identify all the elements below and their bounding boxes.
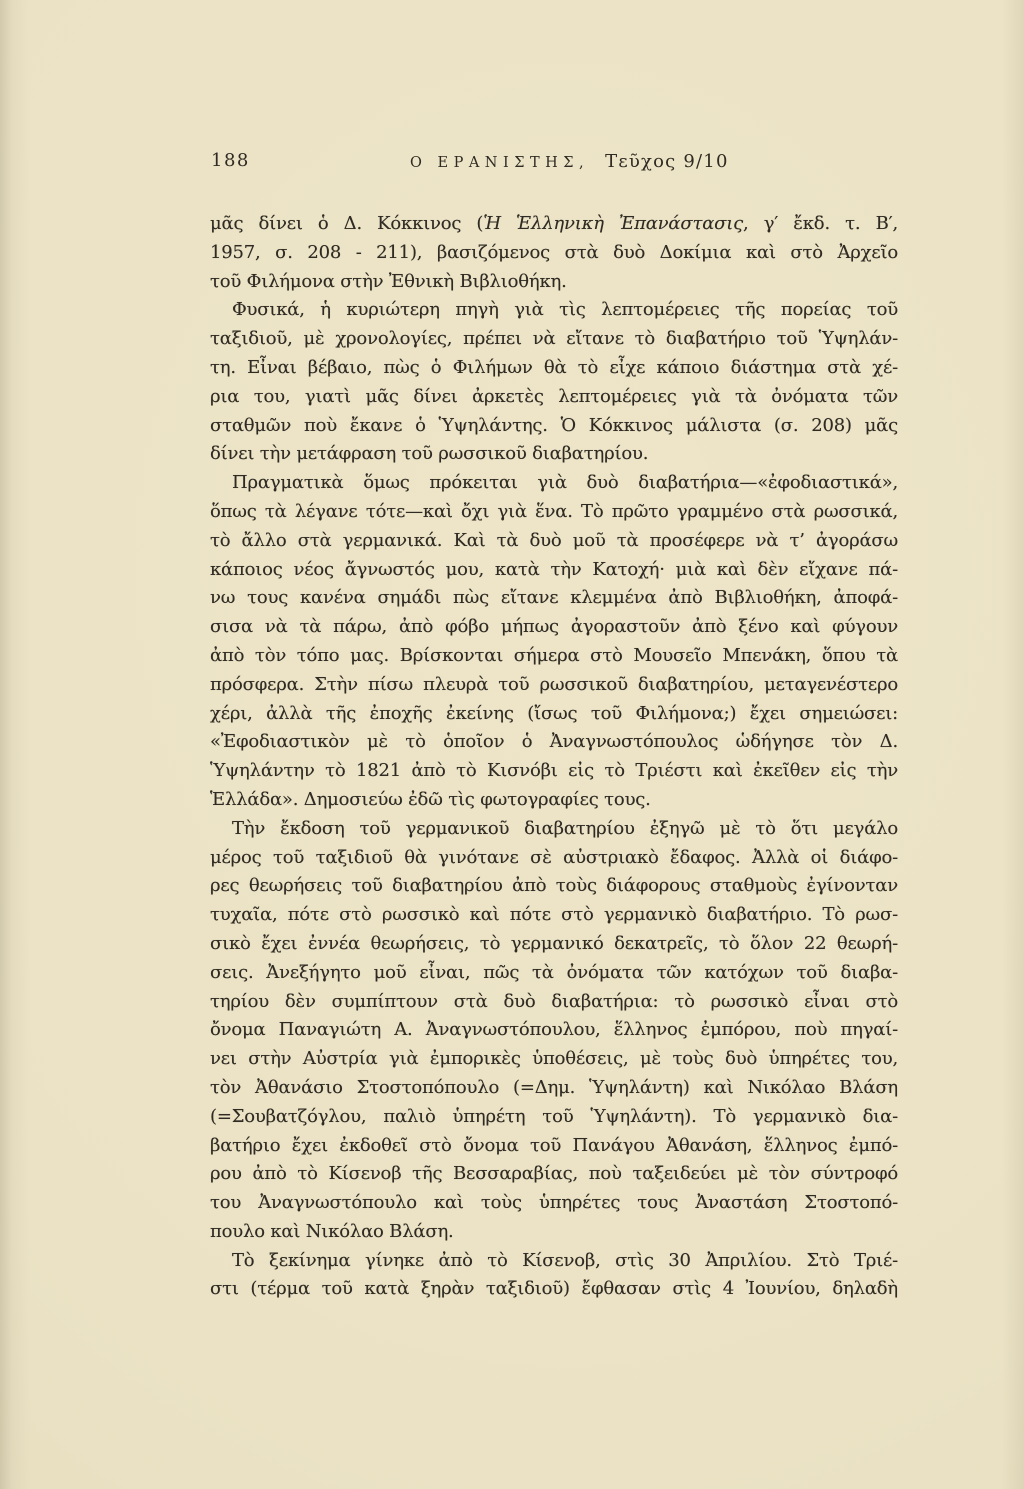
book-page: { "page": { "number": "188", "journal_ti… <box>0 0 1024 1489</box>
text-block: μᾶς δίνει ὁ Δ. Κόκκινος (Ἡ Ἑλληνικὴ Ἐπαν… <box>210 210 898 1304</box>
text-line: ρια του, γιατὶ μᾶς δίνει ἀρκετὲς λεπτομέ… <box>210 383 898 412</box>
text-run: στι (τέρμα τοῦ κατὰ ξηρὰν ταξιδιοῦ) ἔφθα… <box>210 1278 898 1299</box>
text-run: τὸ ἄλλο στὰ γερμανικά. Καὶ τὰ δυὸ μοῦ τὰ… <box>210 530 898 551</box>
text-line: στι (τέρμα τοῦ κατὰ ξηρὰν ταξιδιοῦ) ἔφθα… <box>210 1275 898 1304</box>
text-run: μᾶς δίνει ὁ Δ. Κόκκινος ( <box>210 213 483 234</box>
text-line: κάποιος νέος ἄγνωστός μου, κατὰ τὴν Κατο… <box>210 556 898 585</box>
text-line: ὅπως τὰ λέγανε τότε—καὶ ὄχι γιὰ ἕνα. Τὸ … <box>210 498 898 527</box>
text-run: σικὸ ἔχει ἐννέα θεωρήσεις, τὸ γερμανικό … <box>210 933 898 954</box>
text-line: τη. Εἶναι βέβαιο, πὼς ὁ Φιλήμων θὰ τὸ εἶ… <box>210 354 898 383</box>
text-run: πρόσφερα. Στὴν πίσω πλευρὰ τοῦ ρωσσικοῦ … <box>210 674 898 695</box>
text-line: (=Σουβατζόγλου, παλιὸ ὑπηρέτη τοῦ Ὑψηλάν… <box>210 1103 898 1132</box>
paragraph: μᾶς δίνει ὁ Δ. Κόκκινος (Ἡ Ἑλληνικὴ Ἐπαν… <box>210 210 898 296</box>
text-run: τοῦ Φιλήμονα στὴν Ἐθνικὴ Βιβλιοθήκη. <box>210 271 567 292</box>
text-line: μέρος τοῦ ταξιδιοῦ θὰ γινότανε σὲ αὐστρι… <box>210 844 898 873</box>
text-line: ρου ἀπὸ τὸ Κίσενοβ τῆς Βεσσαραβίας, ποὺ … <box>210 1160 898 1189</box>
text-line: σικὸ ἔχει ἐννέα θεωρήσεις, τὸ γερμανικό … <box>210 930 898 959</box>
text-line: πρόσφερα. Στὴν πίσω πλευρὰ τοῦ ρωσσικοῦ … <box>210 671 898 700</box>
text-line: νει στὴν Αὐστρία γιὰ ἐμπορικὲς ὑποθέσεις… <box>210 1045 898 1074</box>
text-line: ἀπὸ τὸν τόπο μας. Βρίσκονται σήμερα στὸ … <box>210 642 898 671</box>
text-run: Πραγματικὰ ὅμως πρόκειται γιὰ δυὸ διαβατ… <box>232 472 898 493</box>
text-run: ρια του, γιατὶ μᾶς δίνει ἀρκετὲς λεπτομέ… <box>210 386 898 407</box>
journal-title: Ο ΕΡΑΝΙΣΤΗΣ, <box>410 155 589 171</box>
text-run: «Ἐφοδιαστικὸν μὲ τὸ ὁποῖον ὁ Ἀναγνωστόπο… <box>210 731 898 752</box>
text-line: πουλο καὶ Νικόλαο Βλάση. <box>210 1218 898 1247</box>
text-run: ἀπὸ τὸν τόπο μας. Βρίσκονται σήμερα στὸ … <box>210 645 898 666</box>
text-line: Ἑλλάδα». Δημοσιεύω ἐδῶ τὶς φωτογραφίες τ… <box>210 786 898 815</box>
text-run: Φυσικά, ἡ κυριώτερη πηγὴ γιὰ τὶς λεπτομέ… <box>232 299 898 320</box>
text-run: Τὴν ἔκδοση τοῦ γερμανικοῦ διαβατηρίου ἐξ… <box>232 818 898 839</box>
paragraph: Πραγματικὰ ὅμως πρόκειται γιὰ δυὸ διαβατ… <box>210 469 898 815</box>
text-line: μᾶς δίνει ὁ Δ. Κόκκινος (Ἡ Ἑλληνικὴ Ἐπαν… <box>210 210 898 239</box>
text-line: ρες θεωρήσεις τοῦ διαβατηρίου ἀπὸ τοὺς δ… <box>210 872 898 901</box>
text-run: νω τους κανένα σημάδι πὼς εἴτανε κλεμμέν… <box>210 587 898 608</box>
text-run: ρες θεωρήσεις τοῦ διαβατηρίου ἀπὸ τοὺς δ… <box>210 875 898 896</box>
text-run: ταξιδιοῦ, μὲ χρονολογίες, πρέπει νὰ εἴτα… <box>210 328 898 349</box>
paragraph: Τὴν ἔκδοση τοῦ γερμανικοῦ διαβατηρίου ἐξ… <box>210 815 898 1247</box>
text-run: χέρι, ἀλλὰ τῆς ἐποχῆς ἐκείνης (ἴσως τοῦ … <box>210 703 898 724</box>
text-line: τοῦ Φιλήμονα στὴν Ἐθνικὴ Βιβλιοθήκη. <box>210 268 898 297</box>
text-line: ταξιδιοῦ, μὲ χρονολογίες, πρέπει νὰ εἴτα… <box>210 325 898 354</box>
text-run: (=Σουβατζόγλου, παλιὸ ὑπηρέτη τοῦ Ὑψηλάν… <box>210 1106 898 1127</box>
text-run: σεις. Ἀνεξήγητο μοῦ εἶναι, πῶς τὰ ὀνόματ… <box>210 962 898 983</box>
text-run: Ὑψηλάντην τὸ 1821 ἀπὸ τὸ Κισνόβι εἰς τὸ … <box>210 760 898 781</box>
text-line: Φυσικά, ἡ κυριώτερη πηγὴ γιὰ τὶς λεπτομέ… <box>210 296 898 325</box>
text-run: Τὸ ξεκίνημα γίνηκε ἀπὸ τὸ Κίσενοβ, στὶς … <box>232 1250 898 1271</box>
text-line: «Ἐφοδιαστικὸν μὲ τὸ ὁποῖον ὁ Ἀναγνωστόπο… <box>210 728 898 757</box>
text-line: του Ἀναγνωστόπουλο καὶ τοὺς ὑπηρέτες του… <box>210 1189 898 1218</box>
text-run: , γ′ ἔκδ. τ. Β′, <box>743 213 898 234</box>
text-line: Ὑψηλάντην τὸ 1821 ἀπὸ τὸ Κισνόβι εἰς τὸ … <box>210 757 898 786</box>
running-title: Ο ΕΡΑΝΙΣΤΗΣ, Τεῦχος 9/10 <box>410 151 729 172</box>
text-line: σταθμῶν ποὺ ἔκανε ὁ Ὑψηλάντης. Ὁ Κόκκινο… <box>210 412 898 441</box>
text-line: 1957, σ. 208 - 211), βασιζόμενος στὰ δυὸ… <box>210 239 898 268</box>
paragraph: Τὸ ξεκίνημα γίνηκε ἀπὸ τὸ Κίσενοβ, στὶς … <box>210 1247 898 1305</box>
text-line: τὸν Ἀθανάσιο Στοστοπόπουλο (=Δημ. Ὑψηλάν… <box>210 1074 898 1103</box>
text-run: πουλο καὶ Νικόλαο Βλάση. <box>210 1221 454 1242</box>
text-line: τυχαῖα, πότε στὸ ρωσσικὸ καὶ πότε στὸ γε… <box>210 901 898 930</box>
text-line: δίνει τὴν μετάφραση τοῦ ρωσσικοῦ διαβατη… <box>210 440 898 469</box>
text-line: σεις. Ἀνεξήγητο μοῦ εἶναι, πῶς τὰ ὀνόματ… <box>210 959 898 988</box>
text-run: δίνει τὴν μετάφραση τοῦ ρωσσικοῦ διαβατη… <box>210 443 648 464</box>
text-line: νω τους κανένα σημάδι πὼς εἴτανε κλεμμέν… <box>210 584 898 613</box>
text-run: ρου ἀπὸ τὸ Κίσενοβ τῆς Βεσσαραβίας, ποὺ … <box>210 1163 898 1184</box>
text-run: κάποιος νέος ἄγνωστός μου, κατὰ τὴν Κατο… <box>210 559 898 580</box>
journal-issue: Τεῦχος 9/10 <box>605 151 728 172</box>
text-run: του Ἀναγνωστόπουλο καὶ τοὺς ὑπηρέτες του… <box>210 1192 898 1213</box>
text-run: σταθμῶν ποὺ ἔκανε ὁ Ὑψηλάντης. Ὁ Κόκκινο… <box>210 415 898 436</box>
text-run: ὄνομα Παναγιώτη Α. Ἀναγνωστόπουλου, ἕλλη… <box>210 1019 898 1040</box>
text-run: τη. Εἶναι βέβαιο, πὼς ὁ Φιλήμων θὰ τὸ εἶ… <box>210 357 898 378</box>
text-run: τηρίου δὲν συμπίπτουν στὰ δυὸ διαβατήρια… <box>210 991 898 1012</box>
text-line: χέρι, ἀλλὰ τῆς ἐποχῆς ἐκείνης (ἴσως τοῦ … <box>210 700 898 729</box>
text-run: νει στὴν Αὐστρία γιὰ ἐμπορικὲς ὑποθέσεις… <box>210 1048 898 1069</box>
text-line: τηρίου δὲν συμπίπτουν στὰ δυὸ διαβατήρια… <box>210 988 898 1017</box>
text-line: βατήριο ἔχει ἐκδοθεῖ στὸ ὄνομα τοῦ Πανάγ… <box>210 1132 898 1161</box>
paragraph: Φυσικά, ἡ κυριώτερη πηγὴ γιὰ τὶς λεπτομέ… <box>210 296 898 469</box>
text-run: σισα νὰ τὰ πάρω, ἀπὸ φόβο μήπως ἀγοραστο… <box>210 616 898 637</box>
text-run: ὅπως τὰ λέγανε τότε—καὶ ὄχι γιὰ ἕνα. Τὸ … <box>210 501 898 522</box>
scanned-page: 188 Ο ΕΡΑΝΙΣΤΗΣ, Τεῦχος 9/10 μᾶς δίνει ὁ… <box>0 0 1024 1489</box>
text-line: σισα νὰ τὰ πάρω, ἀπὸ φόβο μήπως ἀγοραστο… <box>210 613 898 642</box>
text-line: ὄνομα Παναγιώτη Α. Ἀναγνωστόπουλου, ἕλλη… <box>210 1016 898 1045</box>
text-line: Πραγματικὰ ὅμως πρόκειται γιὰ δυὸ διαβατ… <box>210 469 898 498</box>
text-run: Ἑλλάδα». Δημοσιεύω ἐδῶ τὶς φωτογραφίες τ… <box>210 789 651 810</box>
text-run: τὸν Ἀθανάσιο Στοστοπόπουλο (=Δημ. Ὑψηλάν… <box>210 1077 898 1098</box>
text-run: 1957, σ. 208 - 211), βασιζόμενος στὰ δυὸ… <box>210 242 898 263</box>
text-run: βατήριο ἔχει ἐκδοθεῖ στὸ ὄνομα τοῦ Πανάγ… <box>210 1135 898 1156</box>
text-run: μέρος τοῦ ταξιδιοῦ θὰ γινότανε σὲ αὐστρι… <box>210 847 898 868</box>
text-run: τυχαῖα, πότε στὸ ρωσσικὸ καὶ πότε στὸ γε… <box>210 904 898 925</box>
text-line: Τὸ ξεκίνημα γίνηκε ἀπὸ τὸ Κίσενοβ, στὶς … <box>210 1247 898 1276</box>
text-line: Τὴν ἔκδοση τοῦ γερμανικοῦ διαβατηρίου ἐξ… <box>210 815 898 844</box>
page-number: 188 <box>211 150 250 171</box>
book-title-italic: Ἡ Ἑλληνικὴ Ἐπανάστασις <box>483 213 743 234</box>
text-line: τὸ ἄλλο στὰ γερμανικά. Καὶ τὰ δυὸ μοῦ τὰ… <box>210 527 898 556</box>
